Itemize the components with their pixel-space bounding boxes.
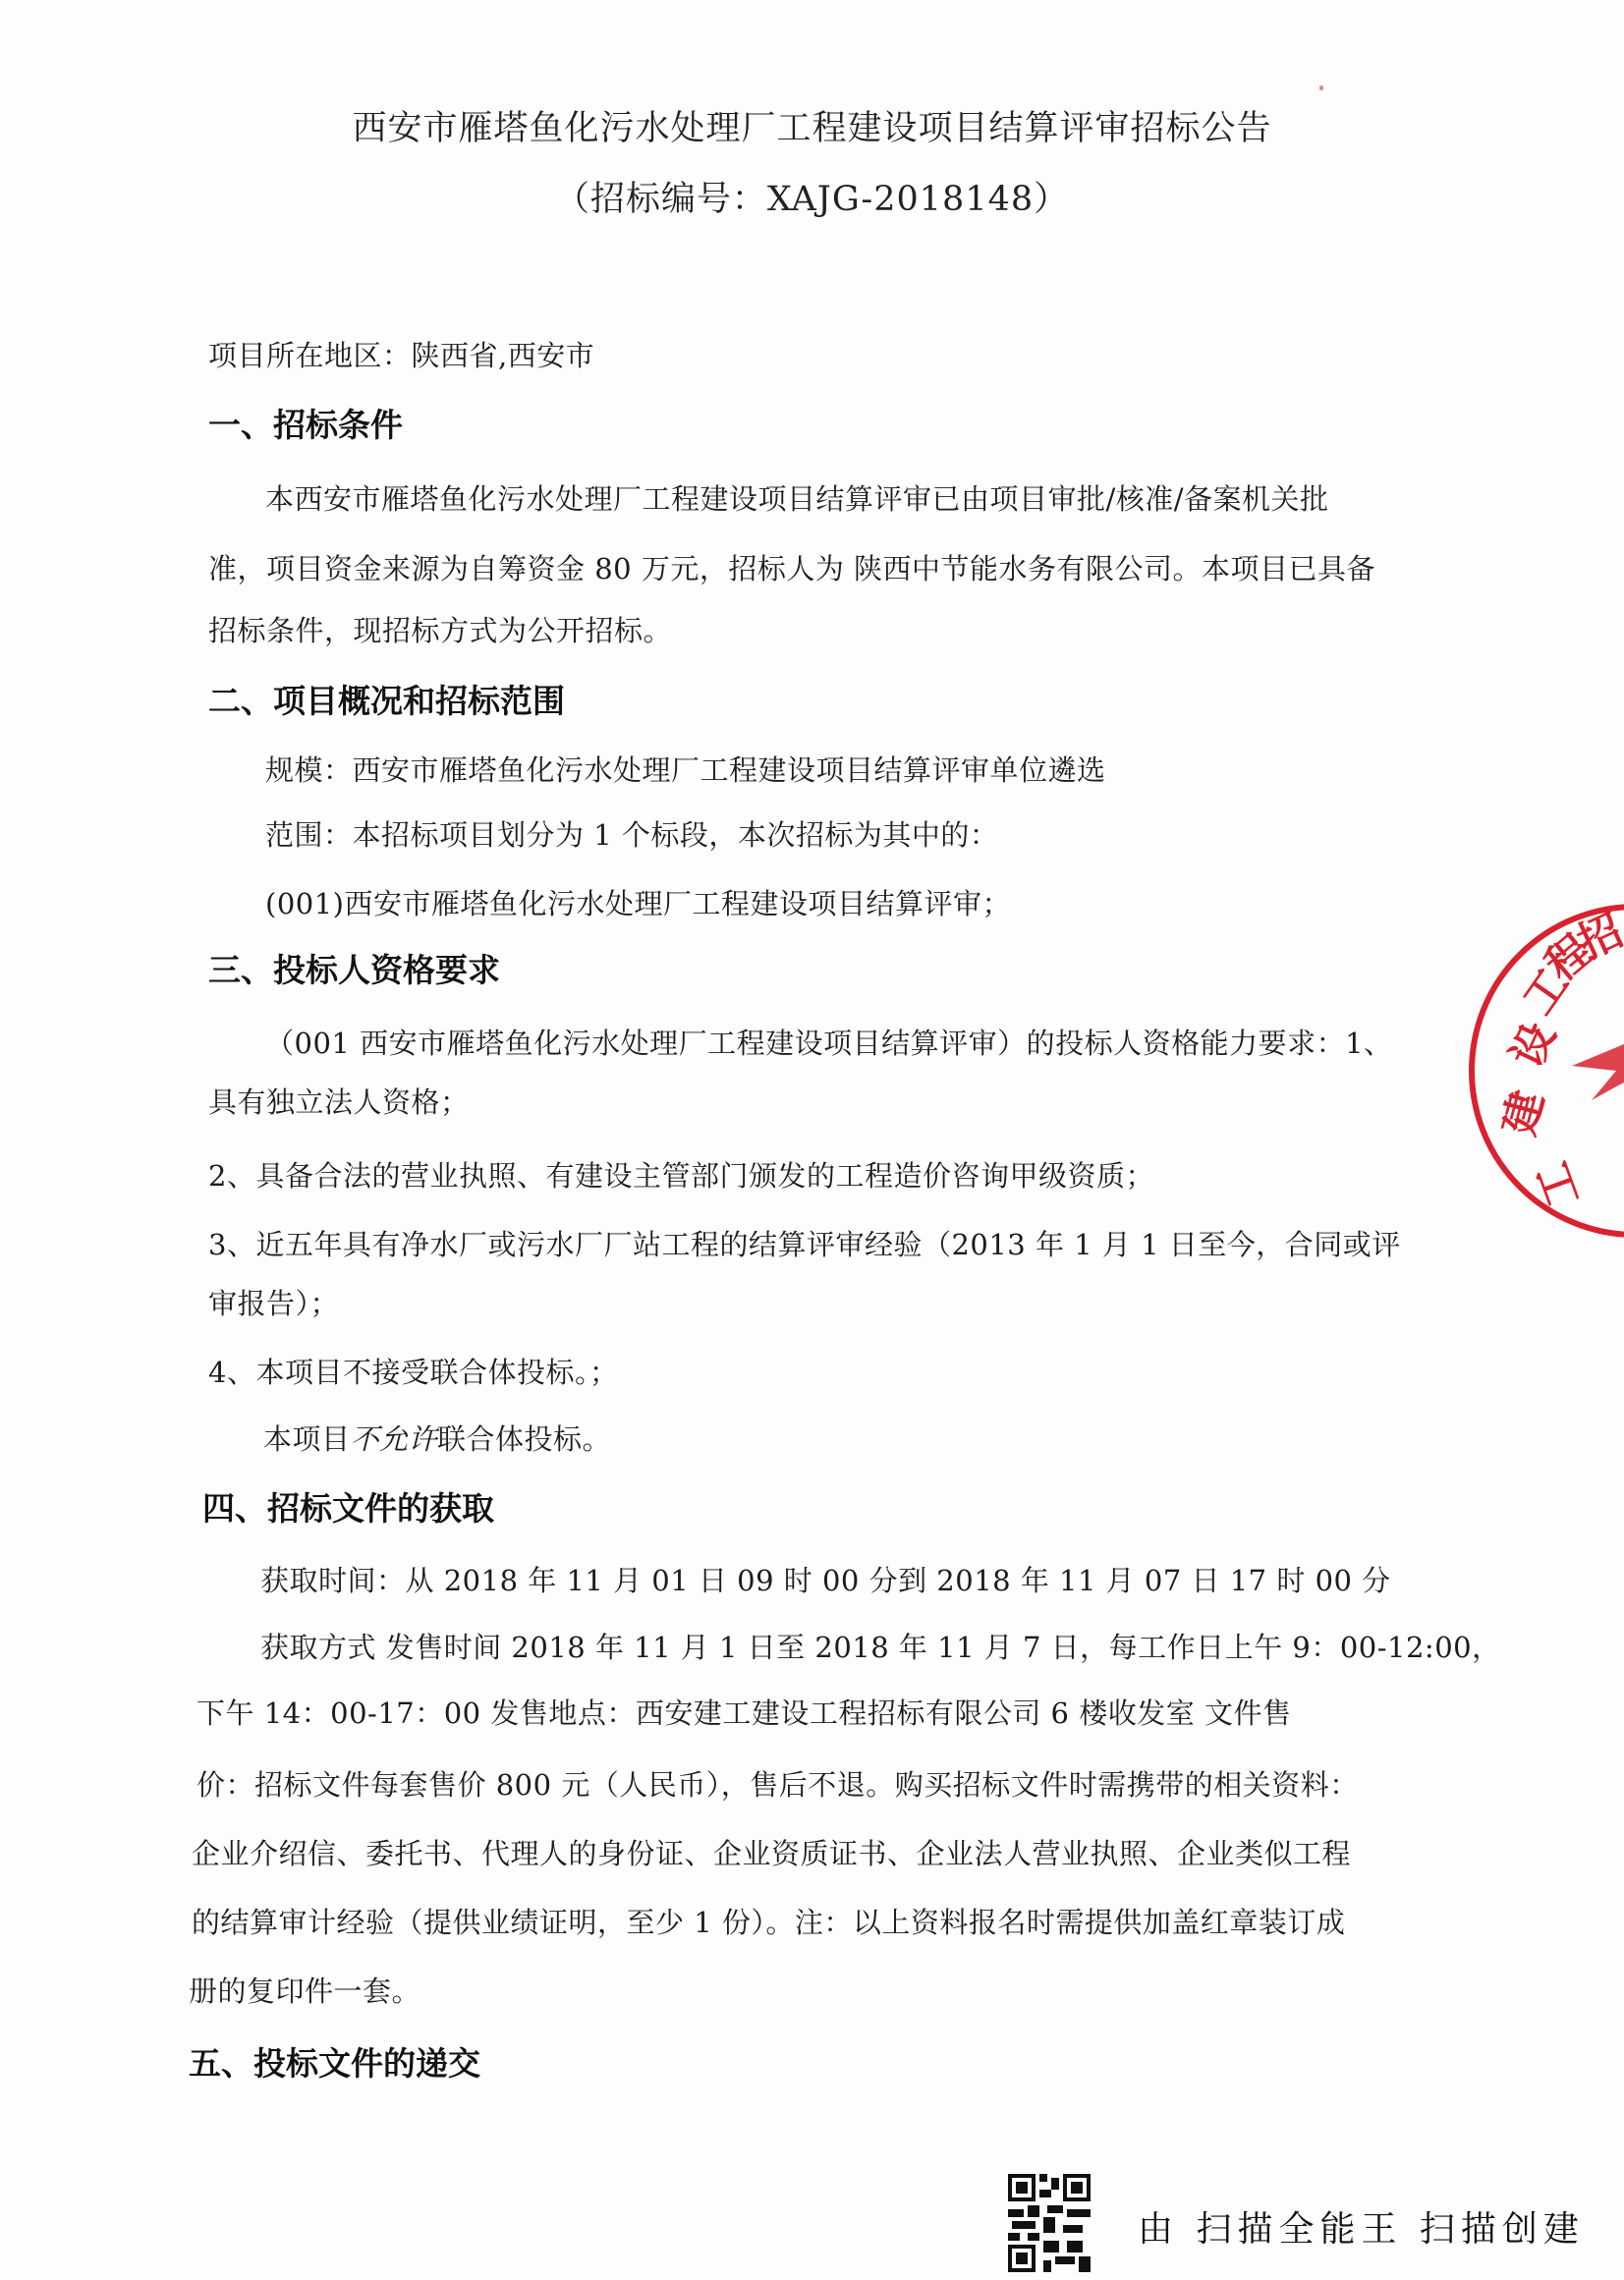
section-3-line: （001 西安市雁塔鱼化污水处理厂工程建设项目结算评审）的投标人资格能力要求：1… [265, 1022, 1393, 1062]
section-4-line: 获取时间：从 2018 年 11 月 01 日 09 时 00 分到 2018 … [260, 1559, 1391, 1599]
section-heading-1: 一、招标条件 [208, 400, 403, 446]
qr-code-icon [1008, 2174, 1091, 2272]
section-2-line: (001)西安市雁塔鱼化污水处理厂工程建设项目结算评审； [265, 882, 1011, 922]
note-suffix: 联合体投标。 [437, 1422, 611, 1456]
section-3-line: 2、具备合法的营业执照、有建设主管部门颁发的工程造价咨询甲级资质； [208, 1154, 1154, 1195]
section-4-line: 企业介绍信、委托书、代理人的身份证、企业资质证书、企业法人营业执照、企业类似工程 [192, 1832, 1351, 1872]
section-1-line: 招标条件，现招标方式为公开招标。 [208, 609, 672, 649]
section-3-line: 3、近五年具有净水厂或污水厂厂站工程的结算评审经验（2013 年 1 月 1 日… [208, 1223, 1401, 1263]
project-region: 项目所在地区：陕西省,西安市 [208, 334, 594, 374]
scan-speck [1319, 85, 1323, 90]
note-italic: 不允许 [351, 1422, 438, 1456]
section-3-line: 具有独立法人资格； [208, 1081, 470, 1121]
section-2-line: 范围：本招标项目划分为 1 个标段，本次招标为其中的： [265, 813, 998, 854]
section-heading-5: 五、投标文件的递交 [189, 2038, 480, 2085]
section-1-line: 本西安市雁塔鱼化污水处理厂工程建设项目结算评审已由项目审批/核准/备案机关批 [265, 477, 1329, 518]
section-heading-2: 二、项目概况和招标范围 [208, 676, 565, 722]
document-title: 西安市雁塔鱼化污水处理厂工程建设项目结算评审招标公告 [0, 101, 1624, 150]
section-3-line: 4、本项目不接受联合体投标。； [208, 1351, 618, 1391]
section-4-line: 册的复印件一套。 [189, 1970, 420, 2010]
section-4-line: 下午 14：00-17：00 发售地点：西安建工建设工程招标有限公司 6 楼收发… [196, 1692, 1291, 1732]
note-prefix: 本项目 [263, 1422, 351, 1456]
section-heading-4: 四、招标文件的获取 [202, 1483, 494, 1529]
bid-number: （招标编号：XAJG-2018148） [0, 172, 1624, 221]
seal-star-icon [1572, 1031, 1624, 1100]
scanner-watermark: 由 扫描全能王 扫描创建 [1138, 2201, 1585, 2252]
section-4-line: 的结算审计经验（提供业绩证明，至少 1 份）。注：以上资料报名时需提供加盖红章装… [192, 1901, 1345, 1941]
section-heading-3: 三、投标人资格要求 [208, 945, 500, 991]
section-4-line: 价：招标文件每套售价 800 元（人民币），售后不退。购买招标文件时需携带的相关… [196, 1763, 1359, 1804]
section-2-line: 规模：西安市雁塔鱼化污水处理厂工程建设项目结算评审单位遴选 [265, 749, 1106, 789]
section-4-line: 获取方式 发售时间 2018 年 11 月 1 日至 2018 年 11 月 7… [260, 1626, 1501, 1666]
section-1-line: 准，项目资金来源为自筹资金 80 万元，招标人为 陕西中节能水务有限公司。本项目… [208, 547, 1375, 587]
section-3-line: 审报告）； [208, 1282, 339, 1322]
joint-bid-note: 本项目不允许联合体投标。 [263, 1418, 611, 1458]
